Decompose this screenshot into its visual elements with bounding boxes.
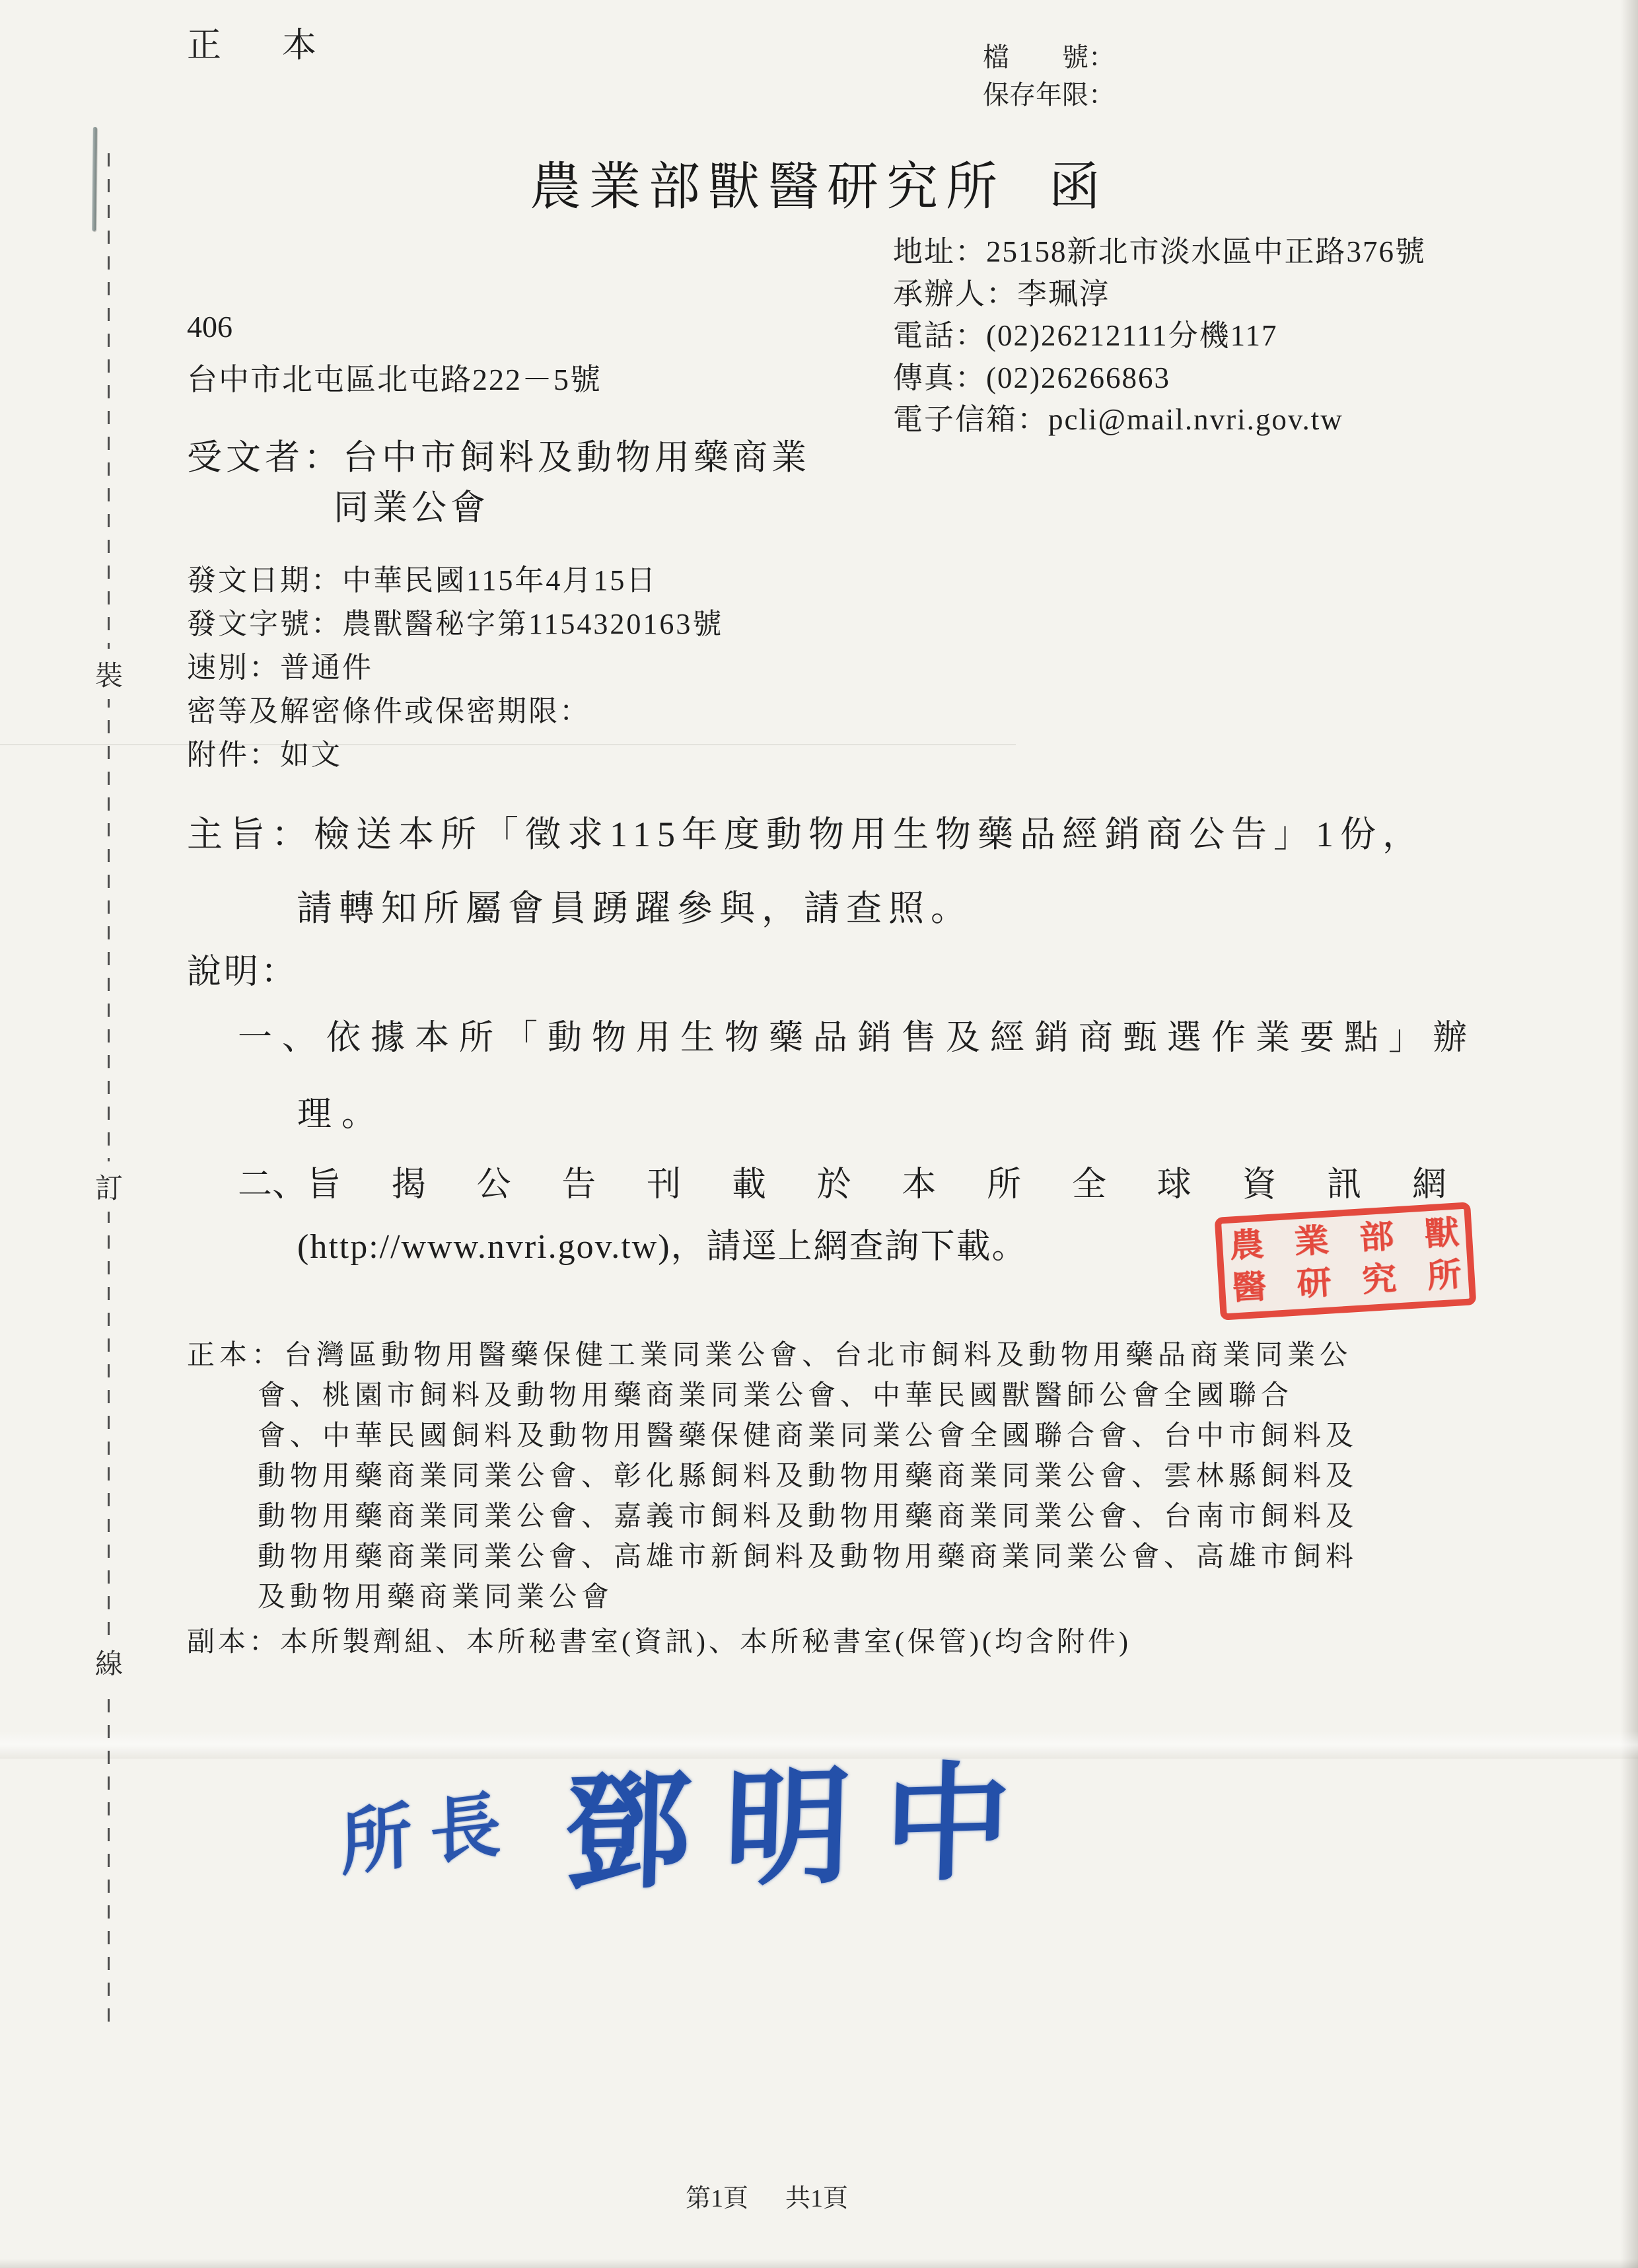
speed-class: 速別：普通件 [187,646,723,690]
document-title: 農業部獸醫研究所函 [0,145,1638,219]
sender-phone: 電話：(02)26212111分機117 [893,315,1426,357]
secrecy-class: 密等及解密條件或保密期限： [187,690,723,733]
sender-contact-block: 地址：25158新北市淡水區中正路376號 承辦人：李珮淳 電話：(02)262… [893,231,1426,441]
scanned-official-letter: 裝 訂 線 正本 檔 號： 保存年限： 農業部獸醫研究所函 地址：25158新北… [0,0,1638,2268]
page-number: 第1頁 [686,2177,748,2214]
subject-line2: 請轉知所屬會員踴躍參與，請查照。 [297,880,973,931]
item2-justified-text: 旨揭公告刊載於本所全球資訊網 [306,1156,1446,1206]
attachment-note: 附件：如文 [187,733,723,777]
paper-bottom-edge-shadow [0,2259,1638,2268]
sender-address: 地址：25158新北市淡水區中正路376號 [893,231,1426,274]
file-number-block: 檔 號： 保存年限： [983,38,1115,114]
description-item2-line2: (http://www.nvri.gov.tw)，請逕上網查詢下載。 [297,1218,1028,1268]
description-item1-line2: 理。 [297,1086,386,1136]
signature-name: 鄧明中 [563,1719,1047,1914]
sender-email: 電子信箱：pcli@mail.nvri.gov.tw [893,399,1426,441]
agency-seal-stamp: 農業部獸 醫研究所 [1215,1202,1477,1320]
distribution-line: 會、中華民國飼料及動物用醫藥保健商業同業公會全國聯合會、台中市飼料及 [258,1416,1442,1457]
subject-line1: 主旨：檢送本所「徵求115年度動物用生物藥品經銷商公告」1份， [187,806,1425,857]
document-meta-block: 發文日期：中華民國115年4月15日 發文字號：農獸醫秘字第1154320163… [187,559,723,777]
retention-period-label: 保存年限： [983,76,1115,114]
description-heading: 說明： [187,943,298,993]
issuing-agency: 農業部獸醫研究所 [530,158,1005,215]
main-copy-text: 台灣區動物用醫藥保健工業同業公會、台北市飼料及動物用藥品商業同業公 [284,1340,1352,1371]
signature-title: 所長 [340,1765,520,1889]
recipient-zip: 406 [187,309,232,344]
doc-number: 發文字號：農獸醫秘字第1154320163號 [187,603,723,646]
description-item2-line1: 二、旨揭公告刊載於本所全球資訊網 [238,1156,1446,1206]
binding-label-ding: 訂 [94,1161,124,1212]
paper-right-edge-shadow [1621,0,1638,2268]
distribution-line: 及動物用藥商業同業公會 [258,1578,1442,1618]
copy-type-label: 正本 [187,17,316,67]
distribution-line: 正本：台灣區動物用醫藥保健工業同業公會、台北市飼料及動物用藥品商業同業公 [187,1336,1442,1376]
recipient-line2: 同業公會 [334,480,489,530]
document-type: 函 [1049,158,1108,215]
issue-date: 發文日期：中華民國115年4月15日 [187,559,723,603]
sender-fax: 傳真：(02)26266863 [893,357,1426,400]
page-total: 共1頁 [785,2177,848,2214]
binding-label-zhuang: 裝 [94,649,124,699]
distribution-line: 動物用藥商業同業公會、彰化縣飼料及動物用藥商業同業公會、雲林縣飼料及 [258,1457,1442,1497]
cc-text: 本所製劑組、本所秘書室(資訊)、本所秘書室(保管)(均含附件) [280,1627,1131,1658]
file-number-label: 檔 號： [983,38,1115,76]
binding-dashed-line [108,153,110,2030]
distribution-line: 動物用藥商業同業公會、嘉義市飼料及動物用藥商業同業公會、台南市飼料及 [258,1497,1442,1537]
distribution-line: 會、桃園市飼料及動物用藥商業同業公會、中華民國獸醫師公會全國聯合 [258,1376,1442,1416]
binding-label-xian: 線 [94,1637,124,1687]
distribution-line: 動物用藥商業同業公會、高雄市新飼料及動物用藥商業同業公會、高雄市飼料 [258,1537,1442,1578]
recipient-address: 台中市北屯區北屯路222－5號 [187,355,602,399]
distribution-main-block: 正本：台灣區動物用醫藥保健工業同業公會、台北市飼料及動物用藥品商業同業公 會、桃… [187,1336,1442,1618]
recipient-line1: 受文者：台中市飼料及動物用藥商業 [187,429,810,480]
description-item1-line1: 一、依據本所「動物用生物藥品銷售及經銷商甄選作業要點」辦 [238,1009,1477,1059]
page-footer: 第1頁 共1頁 [686,2177,848,2214]
distribution-copy-block: 副本：本所製劑組、本所秘書室(資訊)、本所秘書室(保管)(均含附件) [187,1620,1131,1660]
main-copy-label: 正本： [187,1340,284,1371]
sender-contact-person: 承辦人：李珮淳 [893,274,1426,316]
item2-number: 二、 [238,1156,306,1206]
cc-label: 副本： [187,1627,280,1658]
